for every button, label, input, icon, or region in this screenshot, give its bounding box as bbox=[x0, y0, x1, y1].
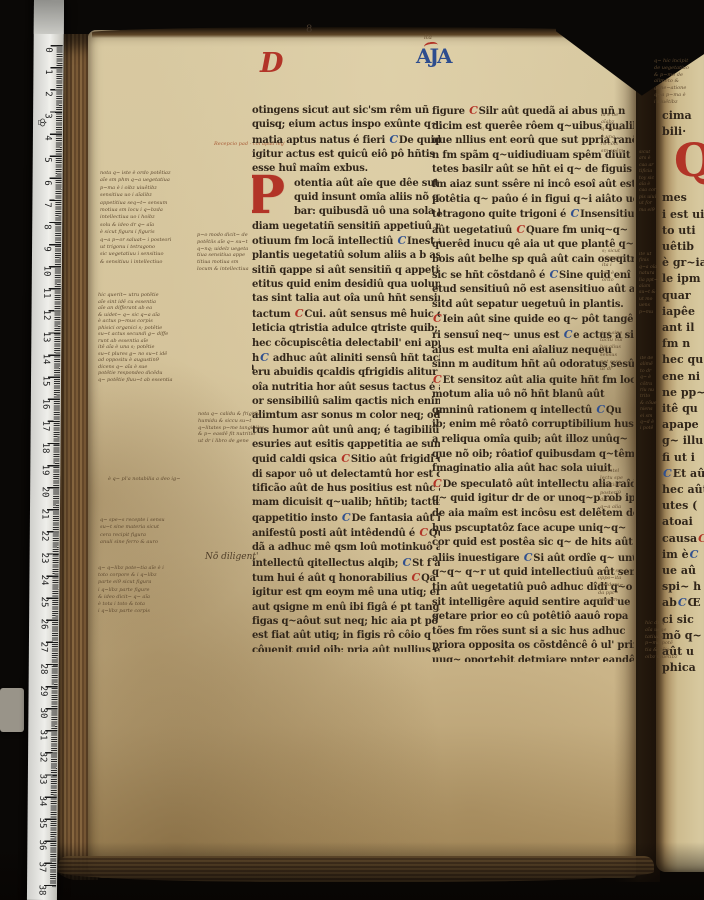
text-column-a: otingens sicut aut sic'sm rêm uñquisq; e… bbox=[252, 104, 440, 652]
text-line: a reliqua omîa quib; aût illoz unûq~ bbox=[432, 433, 634, 448]
ruler-number: 25 bbox=[27, 595, 49, 610]
margin-gloss-single-line: è q~ pl'a notabilia a deo ig~ bbox=[108, 476, 198, 483]
gloss-line: q~ spe~s recepte i sensu bbox=[100, 517, 214, 524]
gloss-line: parte ei9 sicut figura bbox=[98, 579, 212, 586]
gloss-line: i q~libz parte corpis bbox=[98, 608, 212, 615]
colb-margin-gloss-1: id è deaĩabzq~ru nõè unarõ cõissm spêm bbox=[601, 112, 647, 155]
blue-capitulum-mark: C bbox=[402, 556, 413, 569]
text-line: im èC bbox=[662, 547, 704, 563]
right-page-margin-strip-1: sicutars ècaa artificiatoy sicaĩa ècaa c… bbox=[639, 150, 662, 214]
gloss-line: i q~libz parte figure bbox=[98, 587, 212, 594]
ruler-number: 15 bbox=[28, 374, 50, 389]
text-line: otingens sicut aut sic'sm rêm uñ bbox=[252, 104, 440, 118]
red-capitulum-mark: C bbox=[340, 452, 351, 465]
text-line: mes bbox=[662, 190, 704, 206]
ruler-number: 2 bbox=[31, 87, 53, 102]
text-line: intellectû qitellectus alqib; CSt f aô a… bbox=[252, 556, 440, 571]
text-line: alimtum asr sonus m color neq; odora bbox=[252, 409, 440, 423]
ruler-number: 33 bbox=[25, 771, 47, 786]
text-line: atoai bbox=[662, 514, 704, 530]
gloss-line: su~t sine materia sicut bbox=[100, 524, 214, 531]
text-line: tificão aût de hus positius est nûc autê bbox=[252, 482, 440, 496]
manuscript-photo: 8 D ita AJA Recepcio pad · cm apud leg' … bbox=[0, 0, 704, 900]
gloss-line: p~mu bbox=[639, 310, 662, 316]
ruler-number: 21 bbox=[27, 506, 49, 521]
text-line: est fiat aût utiq; in figis rô côio q bbox=[252, 629, 440, 643]
gloss-line: lectu spe bbox=[600, 475, 646, 482]
ruler-number: 30 bbox=[26, 705, 48, 720]
gloss-line: q~ru nõ bbox=[601, 126, 647, 133]
text-line: or sensibiliû salim qactis nich enim in bbox=[252, 395, 440, 409]
text-line: ue aû bbox=[662, 563, 704, 579]
text-line: hec aût bbox=[662, 482, 704, 498]
gloss-line: aĩe sm phm q~a uegetatiua bbox=[100, 177, 214, 184]
blue-capitulum-mark: C bbox=[388, 133, 399, 146]
text-line: CIein aût sine quide eo q~ pôt tangê ali… bbox=[432, 312, 634, 328]
margin-gloss-block-4: nota q~ calidu & frigiduhumidu & siccu s… bbox=[198, 411, 264, 445]
gloss-line: q~a sine bbox=[600, 330, 646, 337]
blue-capitulum-mark: C bbox=[689, 548, 700, 561]
ruler-number: 14 bbox=[29, 352, 51, 367]
gloss-line: oibz uiuêtibz bbox=[645, 654, 685, 661]
gloss-line: q~ potêtie fluu~t ab essentia bbox=[98, 377, 214, 384]
top-ink-mark: 8 bbox=[306, 24, 312, 35]
red-capitulum-mark: C bbox=[418, 526, 429, 539]
gloss-line: locum & intellectiua bbox=[197, 266, 263, 273]
decorated-initial-p: P bbox=[252, 170, 285, 222]
text-line: causaC bbox=[662, 531, 704, 547]
gloss-line: rõ cõis bbox=[601, 141, 647, 148]
text-line: g~ illu bbox=[662, 433, 704, 449]
text-line: etitus quid enim desidiû qua uolup bbox=[252, 278, 440, 292]
gloss-line: q~ hic incipit bbox=[654, 58, 702, 65]
text-line: côuenit quid oib; pria aût nullius ent bbox=[252, 644, 440, 652]
ruler-number: 36 bbox=[25, 838, 47, 853]
nota-annotation: Nõ diligent' bbox=[205, 552, 259, 562]
text-line: CEt sensitoz aût alia quite hñt fm loci bbox=[432, 373, 634, 389]
ruler-number: 19 bbox=[28, 462, 50, 477]
text-line: hec cõcupiscêtia delectabil' eni appetit… bbox=[252, 337, 440, 351]
text-line: potêtia q~ paûo é in figui q~i aiâto uei bbox=[432, 193, 634, 208]
text-line: tus humor aût unû anq; é tagibiliû . bbox=[252, 424, 440, 438]
gloss-line: culatiuo bbox=[600, 482, 646, 489]
red-capitulum-mark: C bbox=[468, 104, 479, 117]
crown-logo-icon: ♔ bbox=[35, 117, 48, 127]
text-line: etud sensitiuû nõ est asensitiuo aût as bbox=[432, 283, 634, 298]
text-line: cor quid est postêa sic q~ de hits aût a… bbox=[432, 536, 634, 551]
text-line: hec qu bbox=[662, 352, 704, 368]
text-line: ene ni bbox=[662, 369, 704, 385]
gloss-line: nota q~ calidu & frigidu bbox=[198, 411, 264, 418]
blue-capitulum-mark: C bbox=[677, 596, 688, 609]
text-line: oîa nutritia hor aût sesus tactus é ali bbox=[252, 381, 440, 395]
right-page-top-gloss: q~ hic incipitde uegetatiuo& p~mo dealim… bbox=[654, 58, 702, 106]
book-top-edge bbox=[92, 27, 626, 38]
gloss-line: intellectiua uo i hoibz bbox=[100, 214, 214, 221]
text-line: tactum CCui. aût sensus mê huic q bbox=[252, 307, 440, 322]
ruler-number: 32 bbox=[25, 749, 47, 764]
gloss-line: aĩa uege bbox=[645, 627, 685, 634]
text-line: esuries aut esitis qappetitia ae sumes bbox=[252, 438, 440, 452]
red-capitulum-mark: C bbox=[411, 571, 422, 584]
text-line: anifestû posti aût intêdendû é CQuib; bbox=[252, 526, 440, 541]
right-page-margin-strip-3: itê dealimêto drq~ ècõtrariu nutrito& cõ… bbox=[640, 356, 662, 433]
gloss-line: appetitiua seq~t~ sensum bbox=[100, 200, 214, 207]
ruler-number: 17 bbox=[28, 418, 50, 433]
gloss-line: hic dr q~ bbox=[645, 620, 685, 627]
text-line: mam dicuisit q~ualib; hñtib; tactum bbox=[252, 496, 440, 510]
right-page-bottom-gloss: hic dr q~aĩa uegetatiua èp~ma potêtia & … bbox=[645, 620, 685, 661]
colb-margin-gloss-4: de intellectu speculatiuoposteri9dicetur… bbox=[600, 468, 646, 518]
ruler-number: 10 bbox=[29, 263, 51, 278]
gloss-line: motiua sm locu i q~bzda bbox=[100, 207, 214, 214]
blue-capitulum-mark: C bbox=[259, 351, 270, 364]
red-capitulum-mark: C bbox=[697, 532, 704, 545]
text-line: abCŒ bbox=[662, 595, 704, 611]
blue-capitulum-mark: C bbox=[570, 207, 581, 220]
ruler-number: 29 bbox=[26, 683, 48, 698]
blue-capitulum-mark: C bbox=[396, 234, 407, 247]
text-line: igitur est qm eoym mê una utiq; ent rô bbox=[252, 586, 440, 600]
gloss-line: gene~atione bbox=[654, 85, 702, 92]
text-line: sitd aût sepatur uegetuû in plantis. bbox=[432, 298, 634, 313]
gloss-line: rõ è bbox=[600, 511, 646, 518]
text-line: dã a adhuc mê qsm loû motinkuô aût bbox=[252, 541, 440, 555]
running-header-letter: D bbox=[260, 48, 283, 79]
quire-note: ita bbox=[424, 34, 432, 41]
text-line: tetragono quite trigoni é CInsensitiuô bbox=[432, 207, 634, 223]
gloss-line: è tota i toto & tota bbox=[98, 601, 212, 608]
ruler-number: 8 bbox=[30, 219, 52, 234]
gloss-line: i potê bbox=[640, 426, 662, 432]
ruler-top-cap bbox=[34, 0, 64, 34]
ruler-number: 31 bbox=[26, 727, 48, 742]
ruler-number: 1 bbox=[31, 65, 53, 80]
right-page-text-column: cimabili· Q mesi est uiato utiuêtibè gr~… bbox=[662, 108, 704, 678]
text-line: tões fm rões sunt si a sic hus adhuc bbox=[432, 625, 634, 640]
blue-capitulum-mark: C bbox=[548, 268, 559, 281]
gloss-line: & ideo dicit~ q~ aĩa bbox=[98, 594, 212, 601]
gloss-line: q~ q~libz pote~tia aĩe è i bbox=[98, 565, 212, 572]
text-line: priora opposita os cõstdêncê ô ul' primû bbox=[432, 639, 634, 654]
ruler-number: 4 bbox=[30, 131, 52, 146]
margin-gloss-block-3: hic querit~ utru potêtieaĩe sint idê cu … bbox=[98, 292, 214, 383]
gloss-line: potêtiis aĩe q~ su~t bbox=[197, 239, 263, 246]
ruler-number: 20 bbox=[28, 484, 50, 499]
text-line: getare prior eo cû potêtiô aauô ropa bbox=[432, 610, 634, 625]
gloss-line: tactu nul bbox=[600, 337, 646, 344]
ruler-number: 37 bbox=[25, 860, 47, 875]
text-line: phica bbox=[662, 660, 704, 676]
margin-gloss-block-5: q~ spe~s recepte i sensusu~t sine materi… bbox=[100, 517, 214, 547]
text-line: hus pscuptatôz face acupe uniq~q~ bbox=[432, 522, 634, 537]
gloss-line: alimêto & bbox=[654, 78, 702, 85]
quire-mark-monogram: AJA bbox=[416, 44, 451, 68]
ruler-number: 7 bbox=[30, 197, 52, 212]
red-capitulum-mark: C bbox=[432, 312, 443, 325]
text-line: ib; enim mê rôatô corruptibilium hus bbox=[432, 418, 634, 433]
gloss-line: causam bbox=[598, 597, 646, 604]
gloss-line: dicetur bbox=[600, 497, 646, 504]
text-line: bar: quibusdã uô una sola potêtia. r bbox=[294, 205, 440, 219]
text-line: eru abuidis qcaldis qfrigidis alitur bbox=[252, 366, 440, 380]
text-line: aût uegetatiuû CQuare fm uniq~q~ bbox=[432, 223, 634, 239]
ruler-number: 34 bbox=[25, 794, 47, 809]
gloss-line: sensitiua uo i aĩalibz bbox=[100, 192, 214, 199]
text-line: uuq~ oportebit detmiare ppter eandê bbox=[432, 654, 634, 662]
blue-capitulum-mark: C bbox=[341, 511, 352, 524]
text-line: itê qu bbox=[662, 401, 704, 417]
text-line: leticia qtristia adulce qtriste quib; aû… bbox=[252, 322, 440, 336]
ruler-number: 28 bbox=[26, 661, 48, 676]
text-line: di sapor uô ut delectamtû hor est ce bbox=[252, 468, 440, 482]
ruler-number: 22 bbox=[27, 528, 49, 543]
text-line: tetes basilr aût se hñt ei q~ de figuis … bbox=[432, 163, 634, 178]
text-line: fm n bbox=[662, 336, 704, 352]
text-line: fm aiaz sunt ssêre ni incô esoî aût est bbox=[432, 178, 634, 193]
ruler-number: 26 bbox=[26, 617, 48, 632]
ruler-number: 27 bbox=[26, 639, 48, 654]
gloss-line: humidu & siccu su~t bbox=[198, 418, 264, 425]
red-capitulum-mark: C bbox=[432, 373, 443, 386]
blue-capitulum-mark: C bbox=[662, 467, 673, 480]
red-capitulum-mark: C bbox=[432, 477, 443, 490]
ruler-number: 5 bbox=[30, 153, 52, 168]
gloss-line: titiua motiua sm bbox=[197, 259, 263, 266]
margin-gloss-block-6: q~ q~libz pote~tia aĩe è itoto corpore &… bbox=[98, 565, 212, 615]
ruler-number: 23 bbox=[27, 551, 49, 566]
text-line: sic pl~ bbox=[662, 677, 704, 679]
text-line: qmninû rationem q intellectû CQu bbox=[432, 403, 634, 419]
right-page-margin-strip-2: itê utfinisq~a oĩanaturalia ppt~aĩamsu~t… bbox=[639, 252, 662, 316]
text-line: figas q~aôut sut neq; hic aia pt pô cio bbox=[252, 615, 440, 629]
ruler-number: 24 bbox=[27, 573, 49, 588]
text-line: cima bbox=[662, 108, 704, 124]
gloss-line: & p~ easdê fit nutritio bbox=[198, 431, 264, 438]
text-line: uêtib bbox=[662, 239, 704, 255]
text-line: CEt aût bbox=[662, 466, 704, 482]
ruler-number: 12 bbox=[29, 308, 51, 323]
right-page-initial-slot: Q bbox=[662, 140, 704, 190]
gloss-line: ut dr i libro de gene bbox=[198, 438, 264, 445]
text-line: qappetitio insto CDe fantasia aût inm bbox=[252, 511, 440, 526]
text-line: aut qsigne m enû ibi figâ é pt tanglm q bbox=[252, 601, 440, 615]
text-line: le ipm bbox=[662, 271, 704, 287]
gloss-line: tiua sensitiua appe bbox=[197, 252, 263, 259]
colb-margin-gloss-5: p~ora su~toppo~itacõsidera~da ppt~causam bbox=[598, 568, 646, 604]
ruler-number: 18 bbox=[28, 440, 50, 455]
ruler-number: 11 bbox=[29, 285, 51, 300]
text-line: matia aptus natus é fieri CDe quid bbox=[252, 133, 440, 148]
gloss-line: lus alius bbox=[600, 344, 646, 351]
ruler-number: 0 bbox=[31, 42, 53, 57]
text-line: motum alia uô nõ hñt blanû aût bbox=[432, 388, 634, 403]
text-line: otentia aût aîe que dêe sut aliê bbox=[294, 177, 440, 191]
text-line: fi ut i bbox=[662, 450, 704, 466]
gloss-line: tia & cõis bbox=[645, 647, 685, 654]
red-capitulum-mark: C bbox=[515, 223, 526, 236]
text-line: quar bbox=[662, 288, 704, 304]
text-line: otiuum fm locã intellectiû CInest aût bbox=[252, 234, 440, 249]
text-line: tas sint talia aut oîa unû hñt sensin. bbox=[252, 292, 440, 306]
text-line: quisq; eium actus inspo exûnte q~ppa bbox=[252, 118, 440, 132]
blue-capitulum-mark: C bbox=[523, 551, 534, 564]
text-line: utes ( bbox=[662, 498, 704, 514]
gloss-line: cõsidera~ bbox=[598, 582, 646, 589]
margin-gloss-block-2: p~o modo dicit~ depotêtiis aĩe q~ su~tq~… bbox=[197, 232, 263, 273]
blue-capitulum-mark: C bbox=[595, 403, 606, 416]
margin-protruding-word: Sm bbox=[252, 361, 254, 375]
text-line: tum hui é aût q honorabilius CQa bbox=[252, 571, 440, 586]
text-line: iapêe bbox=[662, 304, 704, 320]
gloss-line: toto corpore & i q~libz bbox=[98, 572, 212, 579]
text-line: plantis uegetatiû solum aliis a b asê bbox=[252, 249, 440, 263]
text-line: sitiñ qappe si aût sensitiñ q appetitiû … bbox=[252, 264, 440, 278]
gloss-line: è una bbox=[601, 134, 647, 141]
decorated-initial-q: Q bbox=[674, 136, 704, 184]
ruler-number: 6 bbox=[30, 175, 52, 190]
ruler-number: 38 bbox=[24, 882, 46, 897]
column-a-body-lines: diam uegetatiñ sensitiñ appetiuû motiuum… bbox=[252, 220, 440, 652]
gloss-line: i uiuêtibz bbox=[654, 99, 702, 106]
bottom-shadow bbox=[0, 842, 704, 900]
text-line: to uti bbox=[662, 223, 704, 239]
gloss-line: de uegetatiuo bbox=[654, 65, 702, 72]
gloss-line: posteri9 bbox=[600, 490, 646, 497]
text-line: igitur actus est quicû eiô pô hñtis bbox=[252, 148, 440, 162]
ruler-cm-numbers: 0123456789101112131415161718192021222324… bbox=[28, 39, 50, 900]
red-capitulum-mark: C bbox=[294, 307, 305, 320]
blue-capitulum-mark: C bbox=[563, 328, 574, 341]
ruler-number: 13 bbox=[29, 330, 51, 345]
text-line: spi~ h bbox=[662, 579, 704, 595]
gloss-line: p~ora su~t bbox=[598, 568, 646, 575]
gloss-line: da ppt~ bbox=[598, 590, 646, 597]
text-line: apape bbox=[662, 417, 704, 433]
text-line: que nõ oib; rôatiof quibusdam q~têm bbox=[432, 448, 634, 463]
text-line: quid insunt omîa aliis nõ quedâ bbox=[294, 191, 440, 205]
text-line: aliis inuestigare CSi aût ordîe q~ unû bbox=[432, 551, 634, 567]
gloss-line: de intel bbox=[600, 468, 646, 475]
gloss-line: q~nq; uidelz uegeta bbox=[197, 246, 263, 253]
ruler-number: 35 bbox=[25, 816, 47, 831]
page-holder-clip bbox=[0, 688, 24, 732]
gloss-line: cera recipit figura bbox=[100, 532, 214, 539]
text-line: ne pp~ bbox=[662, 385, 704, 401]
gloss-line: p~o modo dicit~ de bbox=[197, 232, 263, 239]
text-line: ant il bbox=[662, 320, 704, 336]
gloss-line: q~a p~ma è bbox=[654, 92, 702, 99]
ruler-number: 16 bbox=[28, 396, 50, 411]
text-line: hC adhuc aût aliniti sensû hñt tactuo bbox=[252, 351, 440, 366]
gloss-line: ma ei9 bbox=[639, 208, 662, 214]
right-page-body-lines: mesi est uiato utiuêtibè gr~iale ipmquar… bbox=[662, 190, 704, 678]
text-line: quid caldi qsica CSitio aût frigidi qhui bbox=[252, 452, 440, 467]
ruler-number: 9 bbox=[29, 241, 51, 256]
text-line: i est uia bbox=[662, 207, 704, 223]
text-line: è gr~ia bbox=[662, 255, 704, 271]
gloss-line: anuli sine ferro & auro bbox=[100, 539, 214, 546]
